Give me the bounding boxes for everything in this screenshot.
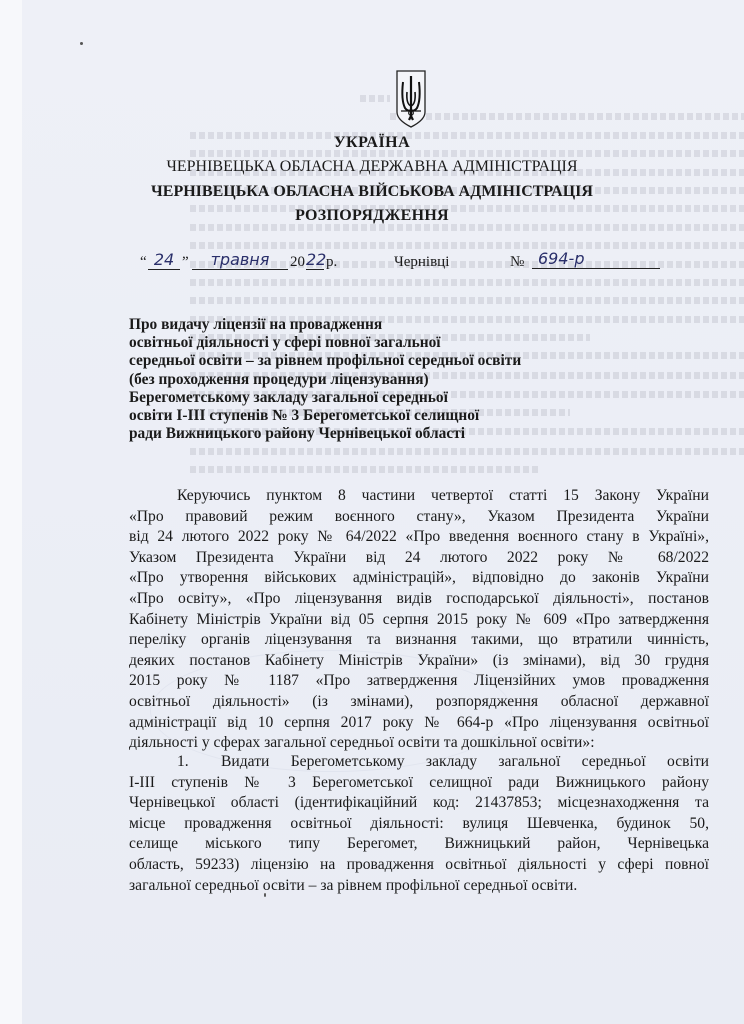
number-sign: №	[510, 254, 524, 271]
title-line: (без проходження процедури ліцензування)	[129, 371, 521, 389]
year-suffix-handwritten: 22	[306, 251, 324, 270]
year-unit: р.	[326, 254, 337, 271]
date-close-quote: ”	[182, 254, 189, 271]
date-open-quote: “	[140, 254, 147, 271]
item-line: І-ІІІ ступенів № 3 Берегометської селищн…	[129, 773, 709, 794]
title-line: освітньої діяльності у сфері повної зага…	[129, 334, 521, 352]
document-title: Про видачу ліцензії на провадження освіт…	[129, 316, 521, 443]
coat-of-arms-icon	[396, 70, 426, 128]
title-line: ради Вижницького району Чернівецької обл…	[129, 425, 521, 443]
preamble-line: «Про правовий режим воєнного стану», Ука…	[129, 507, 709, 528]
title-line: Берегометському закладу загальної середн…	[129, 389, 521, 407]
preamble-line: 2015 року № 1187 «Про затвердження Ліцен…	[129, 671, 709, 692]
scan-speck	[264, 893, 266, 897]
title-line: освіти І-ІІІ ступенів № 3 Берегометської…	[129, 407, 521, 425]
item-line: місце провадження освітньої діяльності: …	[129, 814, 709, 835]
date-month-handwritten: травня	[192, 251, 288, 270]
preamble-line: освітньої діяльності» (із змінами), розп…	[129, 692, 709, 713]
preamble-line: Указом Президента України від 24 лютого …	[129, 548, 709, 569]
preamble-paragraph: Керуючись пунктом 8 частини четвертої ст…	[129, 486, 709, 754]
item-line: загальної середньої освіти – за рівнем п…	[129, 876, 709, 897]
preamble-line: «Про утворення військових адміністрацій»…	[129, 568, 709, 589]
preamble-line: «Про освіту», «Про ліцензування видів го…	[129, 589, 709, 610]
date-and-number-line: “ 24 ” травня 20 22 р. Чернівці № 694-р	[140, 254, 660, 278]
item-line: Видати Берегометському закладу загальної…	[177, 752, 709, 773]
item-line: Чернівецької області (ідентифікаційний к…	[129, 793, 709, 814]
preamble-line: адміністрації від 10 серпня 2017 року № …	[129, 713, 709, 734]
preamble-line: від 24 лютого 2022 року № 64/2022 «Про в…	[129, 527, 709, 548]
scan-edge	[0, 0, 22, 1024]
preamble-line: переліку органів ліцензування та визнанн…	[129, 630, 709, 651]
document-type-heading: РОЗПОРЯДЖЕННЯ	[0, 207, 744, 225]
date-day-handwritten: 24	[148, 251, 180, 270]
preamble-line: діяльності у сферах загальної середньої …	[129, 733, 709, 754]
military-administration-heading: ЧЕРНІВЕЦЬКА ОБЛАСНА ВІЙСЬКОВА АДМІНІСТРА…	[0, 183, 744, 201]
document-number-handwritten: 694-р	[532, 250, 660, 269]
item-1-number: 1.	[177, 752, 189, 773]
title-line: середньої освіти – за рівнем профільної …	[129, 352, 521, 370]
city: Чернівці	[394, 254, 449, 271]
scan-speck	[80, 42, 83, 45]
item-line: область, 59233) ліцензію на провадження …	[129, 855, 709, 876]
state-administration-heading: ЧЕРНІВЕЦЬКА ОБЛАСНА ДЕРЖАВНА АДМІНІСТРАЦ…	[0, 158, 744, 176]
title-line: Про видачу ліцензії на провадження	[129, 316, 521, 334]
year-prefix: 20	[290, 254, 305, 271]
country-heading: УКРАЇНА	[0, 134, 744, 152]
preamble-line: деяких постанов Кабінету Міністрів Украї…	[129, 651, 709, 672]
item-line: селище міського типу Берегомет, Вижницьк…	[129, 834, 709, 855]
item-1-paragraph: 1. Видати Берегометському закладу загаль…	[129, 752, 709, 896]
preamble-line: Керуючись пунктом 8 частини четвертої ст…	[129, 486, 709, 507]
item-1-first-line: 1. Видати Берегометському закладу загаль…	[129, 752, 709, 773]
preamble-line: Кабінету Міністрів України від 05 серпня…	[129, 610, 709, 631]
